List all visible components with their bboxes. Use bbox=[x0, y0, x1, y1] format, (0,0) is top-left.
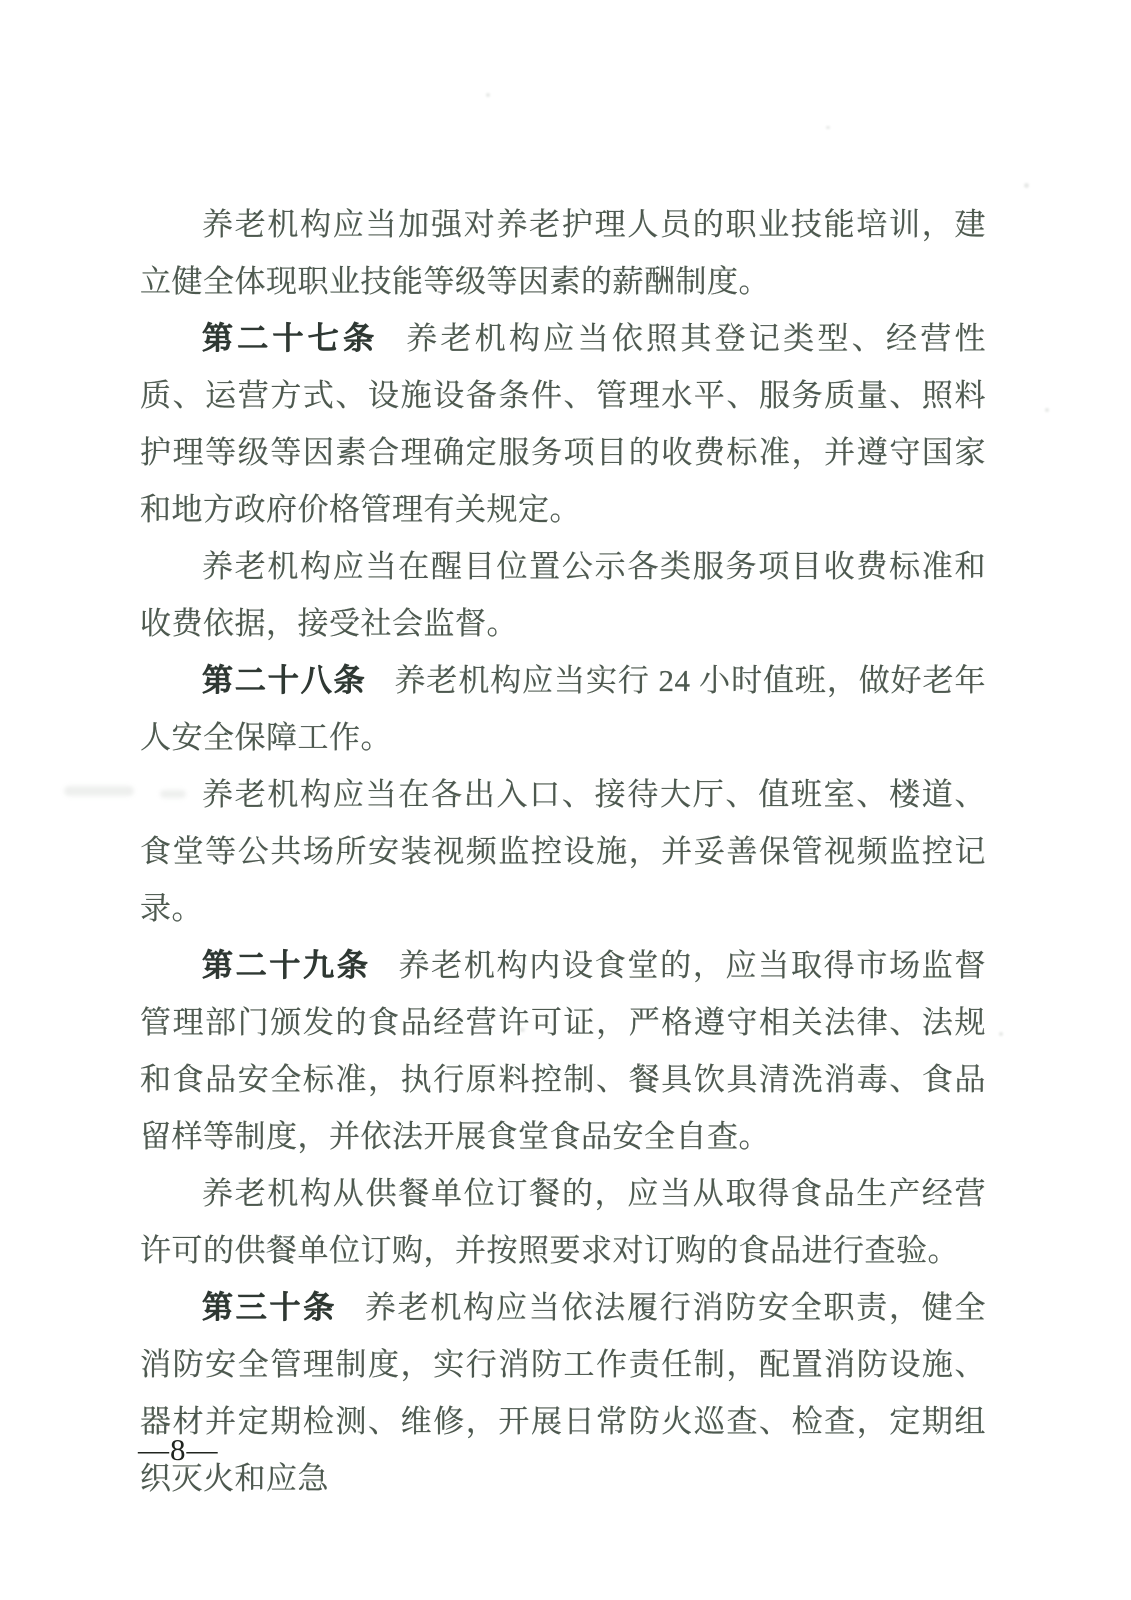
scan-artifact bbox=[1024, 183, 1029, 188]
paragraph-text: 养老机构从供餐单位订餐的，应当从取得食品生产经营许可的供餐单位订购，并按照要求对… bbox=[140, 1176, 986, 1268]
paragraph: 养老机构应当在各出入口、接待大厅、值班室、楼道、食堂等公共场所安装视频监控设施，… bbox=[140, 766, 986, 937]
document-page: 养老机构应当加强对养老护理人员的职业技能培训，建立健全体现职业技能等级等因素的薪… bbox=[0, 0, 1131, 1600]
paragraph: 第二十八条养老机构应当实行 24 小时值班，做好老年人安全保障工作。 bbox=[140, 652, 986, 766]
document-body: 养老机构应当加强对养老护理人员的职业技能培训，建立健全体现职业技能等级等因素的薪… bbox=[140, 196, 986, 1507]
page-number: —8— bbox=[138, 1430, 219, 1470]
scan-artifact bbox=[64, 786, 134, 796]
paragraph: 养老机构应当在醒目位置公示各类服务项目收费标准和收费依据，接受社会监督。 bbox=[140, 538, 986, 652]
scan-artifact bbox=[1045, 408, 1049, 412]
paragraph-text: 养老机构应当加强对养老护理人员的职业技能培训，建立健全体现职业技能等级等因素的薪… bbox=[140, 207, 986, 299]
article-number: 第二十九条 bbox=[202, 948, 371, 983]
article-number: 第二十八条 bbox=[202, 663, 367, 698]
paragraph: 养老机构应当加强对养老护理人员的职业技能培训，建立健全体现职业技能等级等因素的薪… bbox=[140, 196, 986, 310]
paragraph: 第三十条养老机构应当依法履行消防安全职责，健全消防安全管理制度，实行消防工作责任… bbox=[140, 1279, 986, 1507]
scan-artifact bbox=[826, 126, 830, 129]
paragraph: 第二十七条养老机构应当依照其登记类型、经营性质、运营方式、设施设备条件、管理水平… bbox=[140, 310, 986, 538]
scan-artifact bbox=[999, 1032, 1003, 1036]
paragraph-text: 养老机构应当在醒目位置公示各类服务项目收费标准和收费依据，接受社会监督。 bbox=[140, 549, 986, 641]
article-number: 第三十条 bbox=[202, 1290, 337, 1325]
paragraph-text: 养老机构应当在各出入口、接待大厅、值班室、楼道、食堂等公共场所安装视频监控设施，… bbox=[140, 777, 986, 926]
article-number: 第二十七条 bbox=[202, 321, 378, 356]
paragraph: 养老机构从供餐单位订餐的，应当从取得食品生产经营许可的供餐单位订购，并按照要求对… bbox=[140, 1165, 986, 1279]
scan-artifact bbox=[486, 93, 490, 97]
paragraph: 第二十九条养老机构内设食堂的，应当取得市场监督管理部门颁发的食品经营许可证，严格… bbox=[140, 937, 986, 1165]
